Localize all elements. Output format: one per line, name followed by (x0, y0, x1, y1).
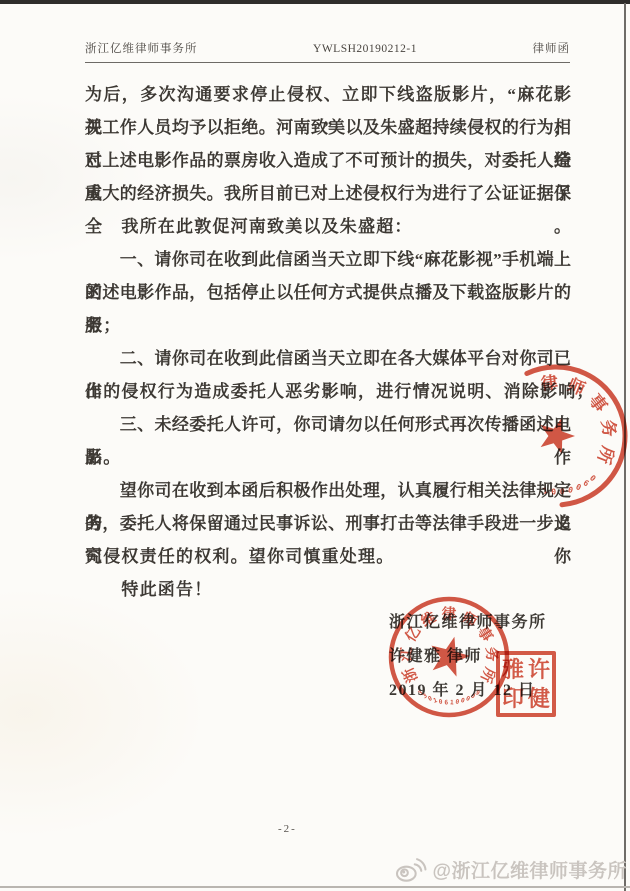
body-line: 二、请你司在收到此信函当天立即在各大媒体平台对你司已作 (85, 342, 571, 375)
body-line: 重大的经济损失。我所目前已对上述侵权行为进行了公证证据保全。 (85, 177, 571, 210)
name-seal-char: 健 (526, 684, 552, 713)
scan-top-edge (0, 0, 630, 4)
body-line: 出的侵权行为造成委托人恶劣影响，进行情况说明、消除影响； (85, 375, 571, 408)
body-line: 三、未经委托人许可，你司请勿以任何形式再次传播函述电影作 (85, 408, 571, 441)
page-number: -2- (278, 823, 297, 835)
scan-right-edge (624, 3, 626, 891)
body-line: 务； (85, 309, 571, 342)
svg-text:0: 0 (574, 482, 582, 492)
svg-text:6: 6 (582, 478, 591, 488)
svg-text:所: 所 (594, 444, 619, 467)
page-header: 浙江亿维律师事务所 YWLSH20190212-1 律师函 (85, 40, 570, 63)
scanned-lawyer-letter-page: 浙江亿维律师事务所 YWLSH20190212-1 律师函 为后，多次沟通要求停… (0, 0, 630, 891)
signature-firm: 浙江亿维律师事务所 (389, 606, 547, 640)
name-seal-char: 印 (500, 684, 526, 713)
header-firm-name: 浙江亿维律师事务所 (85, 40, 198, 56)
svg-text:务: 务 (598, 418, 620, 438)
weibo-icon (394, 855, 428, 883)
header-ref-number: YWLSH20190212-1 (313, 43, 417, 55)
header-doc-type: 律师函 (533, 40, 571, 56)
scan-bottom-edge (0, 886, 630, 888)
weibo-watermark: @浙江亿维律师事务所 (394, 855, 627, 883)
lawyer-name-seal-stamp: 雅 许 印 健 (496, 651, 556, 717)
body-line: 务，委托人将保留通过民事诉讼、刑事打击等法律手段进一步追究你 (85, 507, 571, 540)
weibo-watermark-text: @浙江亿维律师事务所 (432, 856, 627, 883)
body-line: 望你司在收到本函后积极作出处理，认真履行相关法律规定的义 (85, 474, 571, 507)
body-line: 关工作人员均予以拒绝。河南致美以及朱盛超持续侵权的行为，已经 (85, 111, 571, 144)
body-line: 一、请你司在收到此信函当天立即下线“麻花影视”手机端上的 (85, 243, 571, 276)
name-seal-char: 雅 (500, 655, 526, 684)
body-line: 对上述电影作品的票房收入造成了不可预计的损失，对委托人造成了 (85, 144, 571, 177)
body-line: 特此函告！ (85, 573, 571, 606)
body-line: 为后，多次沟通要求停止侵权、立即下线盗版影片，“麻花影视”相 (85, 78, 571, 111)
name-seal-char: 许 (526, 655, 552, 684)
letter-body: 为后，多次沟通要求停止侵权、立即下线盗版影片，“麻花影视”相 关工作人员均予以拒… (85, 78, 571, 606)
svg-text:0: 0 (588, 473, 598, 483)
body-line: 函述电影作品，包括停止以任何方式提供点播及下载盗版影片的服 (85, 276, 571, 309)
